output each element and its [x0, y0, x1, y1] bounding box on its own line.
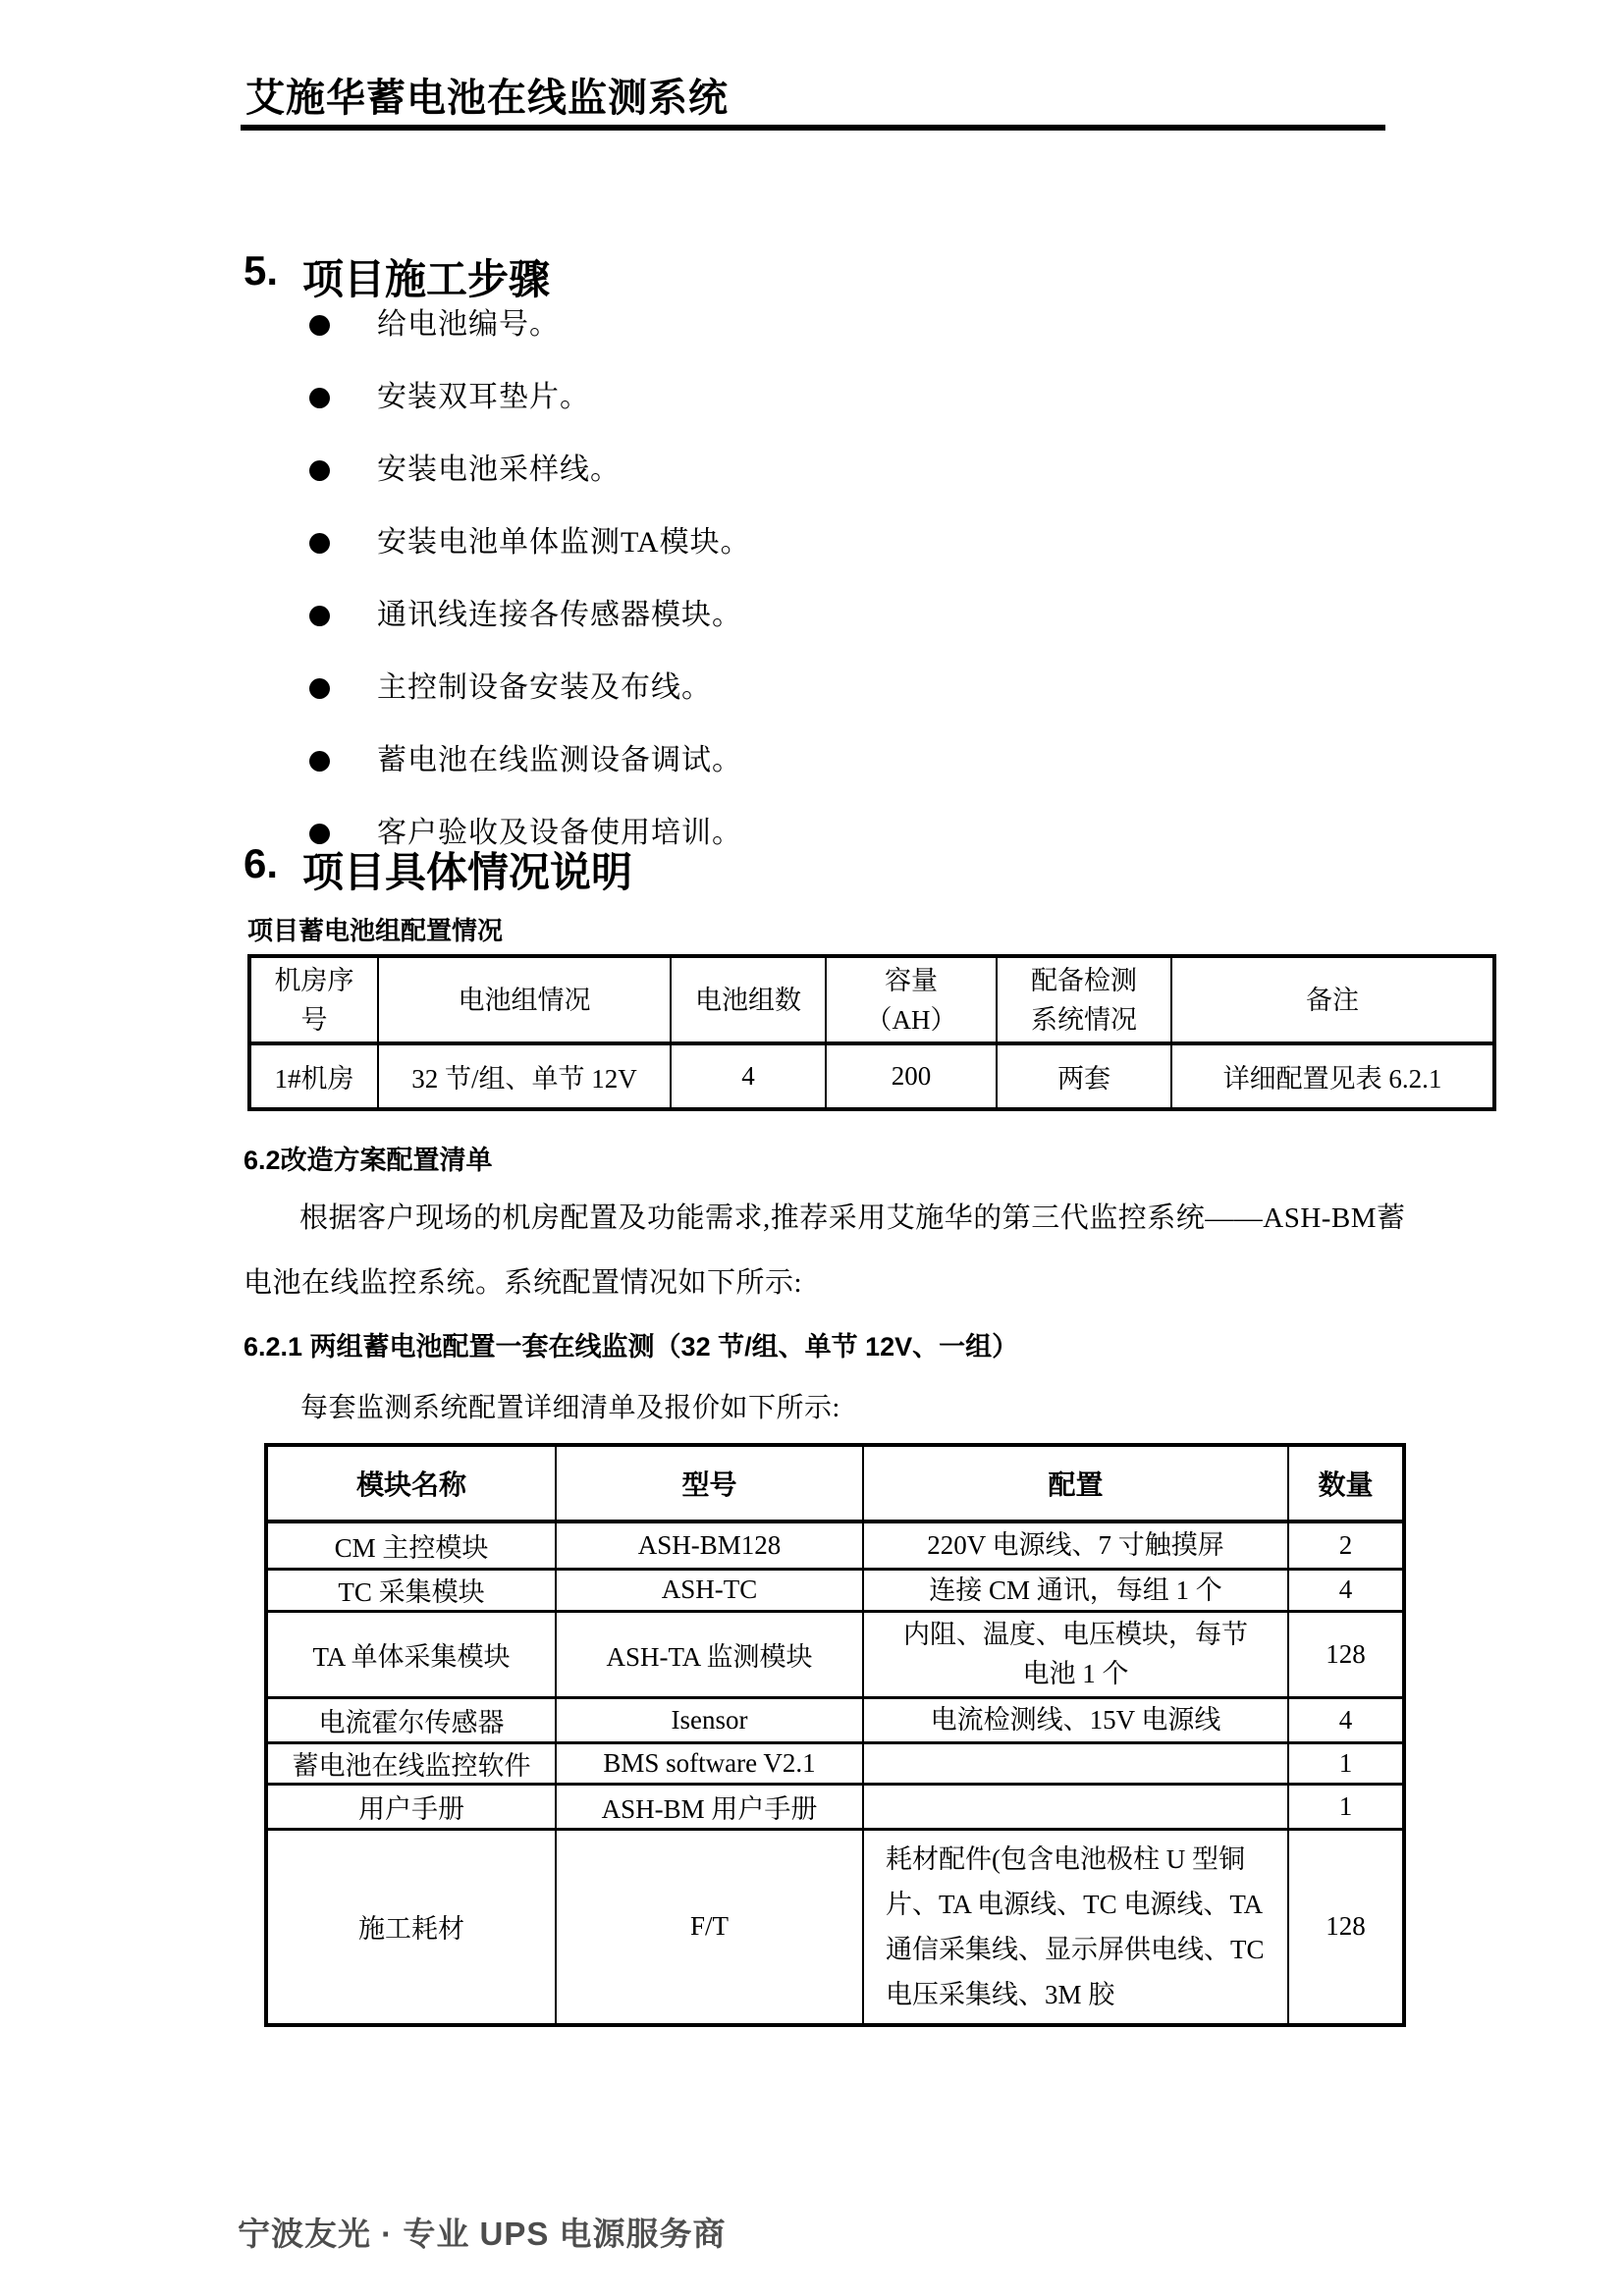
- table-cell: 蓄电池在线监控软件: [266, 1742, 556, 1784]
- list-item-text: 安装电池采样线。: [377, 452, 621, 489]
- table-row: 施工耗材 F/T 耗材配件(包含电池极柱 U 型铜片、TA 电源线、TC 电源线…: [266, 1829, 1404, 2025]
- table-header-row: 机房序号 电池组情况 电池组数 容量（AH） 配备检测系统情况 备注: [249, 956, 1494, 1043]
- table-cell: 128: [1288, 1611, 1404, 1697]
- table-cell: 用户手册: [266, 1784, 556, 1829]
- paragraph-line: 电池在线监控系统。系统配置情况如下所示:: [244, 1260, 802, 1301]
- table-header-cell: 配备检测系统情况: [997, 956, 1171, 1043]
- table-cell: 128: [1288, 1829, 1404, 2025]
- table-cell: 4: [671, 1043, 826, 1109]
- table-cell: Isensor: [556, 1697, 863, 1742]
- table-cell: CM 主控模块: [266, 1522, 556, 1569]
- list-item: 安装双耳垫片。: [309, 379, 590, 416]
- table-cell: 1#机房: [249, 1043, 378, 1109]
- table-cell: ASH-TC: [556, 1569, 863, 1611]
- table-cell: 4: [1288, 1697, 1404, 1742]
- table-header-cell: 配置: [863, 1445, 1288, 1522]
- table-cell: ASH-BM128: [556, 1522, 863, 1569]
- section-621-heading: 6.2.1 两组蓄电池配置一套在线监测（32 节/组、单节 12V、一组）: [244, 1325, 1018, 1363]
- section-5-number: 5.: [244, 247, 278, 294]
- table-cell: F/T: [556, 1829, 863, 2025]
- table-header-cell: 容量（AH）: [826, 956, 997, 1043]
- list-item-text: 主控制设备安装及布线。: [377, 669, 712, 707]
- document-page: { "header": { "title": "艾施华蓄电池在线监测系统" },…: [0, 0, 1624, 2296]
- list-item: 给电池编号。: [309, 306, 560, 344]
- table-cell: ASH-TA 监测模块: [556, 1611, 863, 1697]
- bullet-icon: [309, 751, 330, 772]
- table-cell: BMS software V2.1: [556, 1742, 863, 1784]
- table-header-cell: 电池组数: [671, 956, 826, 1043]
- table-cell-empty: [863, 1742, 1288, 1784]
- page-footer: 宁波友光 · 专业 UPS 电源服务商: [238, 2209, 727, 2255]
- table-cell: 施工耗材: [266, 1829, 556, 2025]
- table-header-cell: 机房序号: [249, 956, 378, 1043]
- table-cell-empty: [863, 1784, 1288, 1829]
- section-62-heading: 6.2改造方案配置清单: [244, 1139, 493, 1177]
- table-header-cell: 电池组情况: [378, 956, 671, 1043]
- list-item: 通讯线连接各传感器模块。: [309, 597, 742, 634]
- table-header-cell: 数量: [1288, 1445, 1404, 1522]
- table-cell: 详细配置见表 6.2.1: [1171, 1043, 1494, 1109]
- battery-config-heading: 项目蓄电池组配置情况: [247, 911, 503, 947]
- table-cell: ASH-BM 用户手册: [556, 1784, 863, 1829]
- battery-config-table: 机房序号 电池组情况 电池组数 容量（AH） 配备检测系统情况 备注 1#机房 …: [247, 954, 1496, 1111]
- table-header-row: 模块名称 型号 配置 数量: [266, 1445, 1404, 1522]
- bullet-icon: [309, 606, 330, 626]
- table-cell: 4: [1288, 1569, 1404, 1611]
- table-cell: 32 节/组、单节 12V: [378, 1043, 671, 1109]
- section-6-number: 6.: [244, 840, 278, 887]
- bullet-icon: [309, 388, 330, 408]
- list-item: 安装电池单体监测TA模块。: [309, 524, 751, 561]
- bullet-icon: [309, 315, 330, 336]
- table-cell: 内阻、温度、电压模块，每节电池 1 个: [863, 1611, 1288, 1697]
- table-row: 用户手册 ASH-BM 用户手册 1: [266, 1784, 1404, 1829]
- document-title: 艾施华蓄电池在线监测系统: [245, 67, 729, 123]
- list-item-text: 安装电池单体监测TA模块。: [377, 524, 751, 561]
- section-6-title: 项目具体情况说明: [302, 840, 632, 899]
- table-row: 1#机房 32 节/组、单节 12V 4 200 两套 详细配置见表 6.2.1: [249, 1043, 1494, 1109]
- table-cell: 连接 CM 通讯，每组 1 个: [863, 1569, 1288, 1611]
- table-row: 蓄电池在线监控软件 BMS software V2.1 1: [266, 1742, 1404, 1784]
- table-cell: 电流霍尔传感器: [266, 1697, 556, 1742]
- table-header-cell: 型号: [556, 1445, 863, 1522]
- list-item-text: 通讯线连接各传感器模块。: [377, 597, 742, 634]
- table-row: 电流霍尔传感器 Isensor 电流检测线、15V 电源线 4: [266, 1697, 1404, 1742]
- title-rule: [241, 125, 1385, 131]
- table-row: CM 主控模块 ASH-BM128 220V 电源线、7 寸触摸屏 2: [266, 1522, 1404, 1569]
- table-cell: 耗材配件(包含电池极柱 U 型铜片、TA 电源线、TC 电源线、TA 通信采集线…: [863, 1829, 1288, 2025]
- section-5-title: 项目施工步骤: [302, 247, 550, 306]
- table-cell: TA 单体采集模块: [266, 1611, 556, 1697]
- table-cell: 1: [1288, 1784, 1404, 1829]
- bullet-icon: [309, 678, 330, 699]
- list-item-text: 安装双耳垫片。: [377, 379, 590, 416]
- table2-intro-line: 每套监测系统配置详细清单及报价如下所示:: [300, 1386, 840, 1425]
- table-header-cell: 模块名称: [266, 1445, 556, 1522]
- table-cell: 220V 电源线、7 寸触摸屏: [863, 1522, 1288, 1569]
- list-item: 主控制设备安装及布线。: [309, 669, 712, 707]
- table-row: TA 单体采集模块 ASH-TA 监测模块 内阻、温度、电压模块，每节电池 1 …: [266, 1611, 1404, 1697]
- table-cell: 两套: [997, 1043, 1171, 1109]
- table-cell: 电流检测线、15V 电源线: [863, 1697, 1288, 1742]
- list-item-text: 给电池编号。: [377, 306, 560, 344]
- bullet-icon: [309, 460, 330, 481]
- table-cell: TC 采集模块: [266, 1569, 556, 1611]
- list-item: 安装电池采样线。: [309, 452, 621, 489]
- list-item: 蓄电池在线监测设备调试。: [309, 742, 742, 779]
- table-row: TC 采集模块 ASH-TC 连接 CM 通讯，每组 1 个 4: [266, 1569, 1404, 1611]
- table-header-cell: 备注: [1171, 956, 1494, 1043]
- table-cell: 2: [1288, 1522, 1404, 1569]
- bullet-icon: [309, 533, 330, 554]
- module-list-table: 模块名称 型号 配置 数量 CM 主控模块 ASH-BM128 220V 电源线…: [264, 1443, 1406, 2027]
- paragraph-line: 根据客户现场的机房配置及功能需求,推荐采用艾施华的第三代监控系统——ASH-BM…: [299, 1196, 1406, 1236]
- list-item-text: 蓄电池在线监测设备调试。: [377, 742, 742, 779]
- table-cell: 200: [826, 1043, 997, 1109]
- table-cell: 1: [1288, 1742, 1404, 1784]
